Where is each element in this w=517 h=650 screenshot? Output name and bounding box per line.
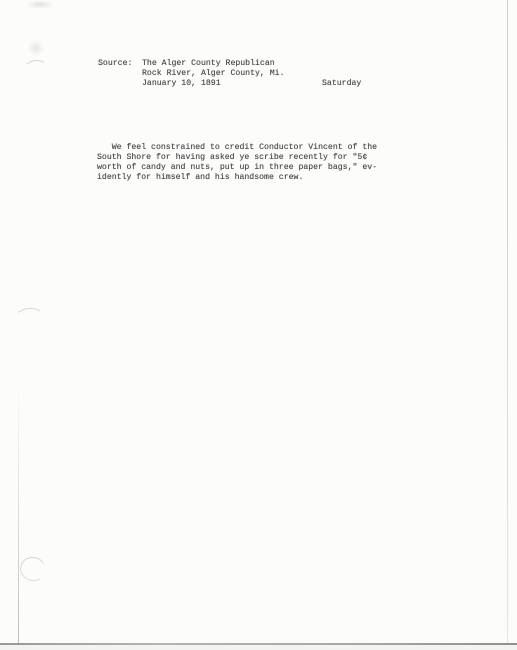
article-paragraph: We feel constrained to credit Conductor …	[97, 143, 377, 183]
publication-date: January 10, 1891	[142, 79, 221, 89]
scan-smudge	[26, 0, 54, 9]
paper-left-edge	[18, 380, 19, 643]
scan-background-strip	[0, 645, 517, 650]
day-of-week: Saturday	[322, 79, 361, 89]
punch-hole-mark-1	[23, 59, 49, 79]
publication-name: The Alger County Republican	[142, 59, 275, 69]
source-label: Source:	[98, 59, 132, 69]
publication-location: Rock River, Alger County, Mi.	[142, 69, 285, 79]
scan-smudge	[27, 40, 45, 56]
scanned-page: Source: The Alger County Republican Rock…	[0, 0, 517, 650]
punch-hole-mark-2	[14, 307, 44, 328]
paper-right-edge	[507, 0, 508, 643]
punch-hole-mark-3	[17, 554, 48, 584]
